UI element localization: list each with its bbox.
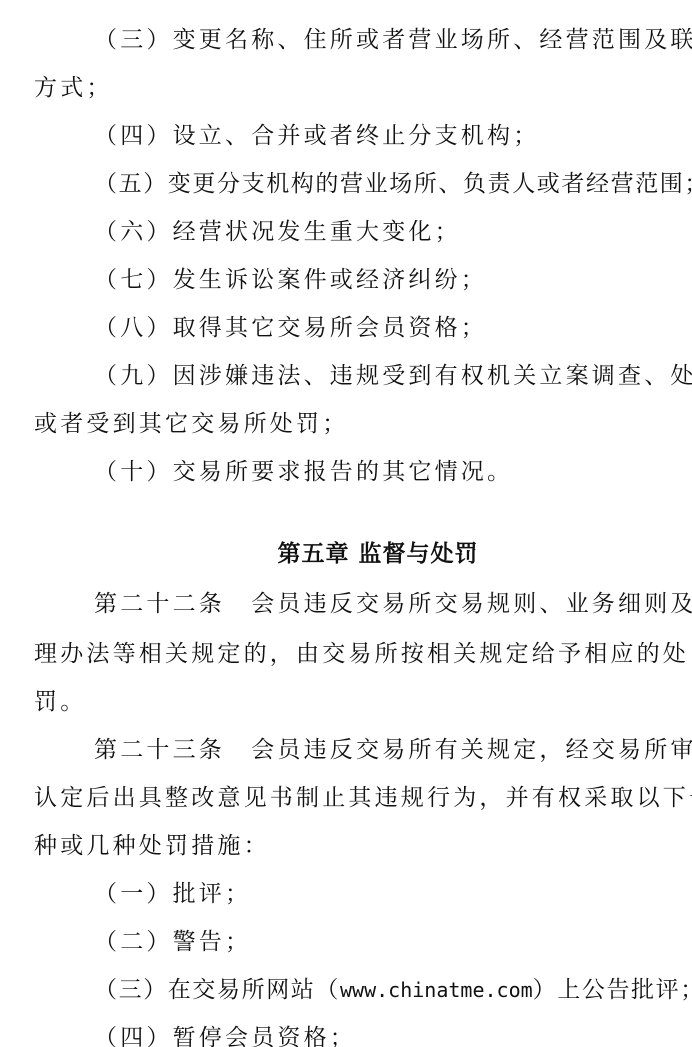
item-9-line-2: 或者受到其它交易所处罚；: [34, 410, 664, 438]
penalty-3-suffix: ）上公告批评；: [533, 977, 692, 1003]
item-7: （七）发生诉讼案件或经济纠纷；: [94, 266, 664, 294]
item-3-line-2: 方式；: [34, 74, 664, 102]
item-6: （六）经营状况发生重大变化；: [94, 218, 664, 246]
document-page: （三）变更名称、住所或者营业场所、经营范围及联系 方式； （四）设立、合并或者终…: [0, 0, 692, 1047]
item-3-line-1: （三）变更名称、住所或者营业场所、经营范围及联系: [94, 26, 664, 54]
item-8: （八）取得其它交易所会员资格；: [94, 314, 664, 342]
article-23-line-3: 种或几种处罚措施：: [34, 832, 664, 860]
article-22-line-2: 理办法等相关规定的，由交易所按相关规定给予相应的处: [34, 640, 664, 668]
penalty-2: （二）警告；: [94, 928, 664, 956]
article-22-line-1: 第二十二条 会员违反交易所交易规则、业务细则及管: [94, 590, 664, 618]
item-10: （十）交易所要求报告的其它情况。: [94, 458, 664, 486]
penalty-4: （四）暂停会员资格；: [94, 1024, 664, 1047]
penalty-3: （三）在交易所网站（www.chinatme.com）上公告批评；: [94, 976, 664, 1004]
item-5: （五）变更分支机构的营业场所、负责人或者经营范围；: [94, 170, 664, 198]
item-9-line-1: （九）因涉嫌违法、违规受到有权机关立案调查、处罚: [94, 362, 664, 390]
penalty-3-prefix: （三）在交易所网站（: [94, 977, 340, 1003]
penalty-1: （一）批评；: [94, 880, 664, 908]
website-link[interactable]: www.chinatme.com: [340, 978, 533, 1002]
article-23-line-2: 认定后出具整改意见书制止其违规行为，并有权采取以下一: [34, 784, 664, 812]
chapter-title: 第五章 监督与处罚: [0, 540, 692, 568]
article-23-line-1: 第二十三条 会员违反交易所有关规定，经交易所审核: [94, 736, 664, 764]
item-4: （四）设立、合并或者终止分支机构；: [94, 122, 664, 150]
article-22-line-3: 罚。: [34, 688, 664, 716]
